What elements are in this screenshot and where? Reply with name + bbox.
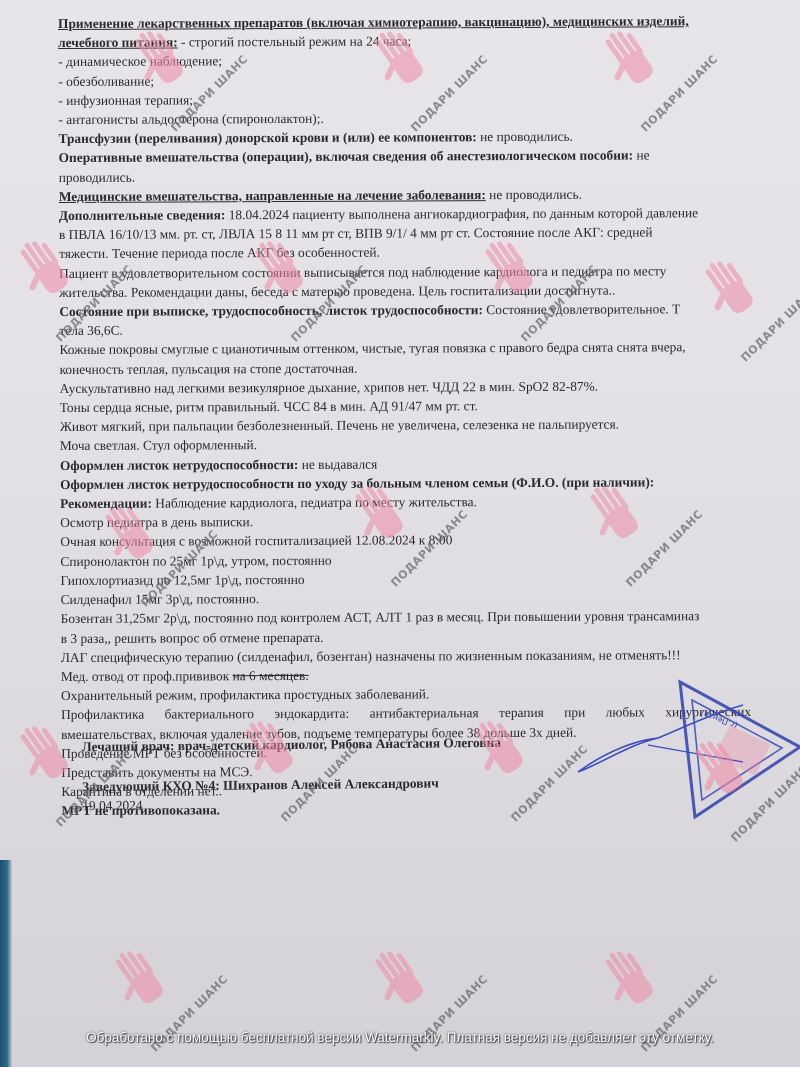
hand-watermark-icon	[600, 25, 660, 95]
field-value: ЛАГ специфическую терапию (силденафил, б…	[61, 647, 681, 665]
hand-watermark-icon	[250, 235, 310, 305]
document-line: Бозентан 31,25мг 2р\д, постоянно под кон…	[61, 606, 751, 628]
hand-watermark-icon	[600, 945, 660, 1015]
struck-text: на 6 месяцев.	[233, 668, 309, 683]
field-label: Дополнительные сведения:	[59, 207, 226, 223]
hand-watermark-icon	[240, 715, 300, 785]
field-value: не проводились.	[486, 187, 582, 202]
field-value: 18.04.2024 пациенту выполнена ангиокарди…	[225, 205, 698, 222]
field-value: Кожные покровы смуглые с цианотичным отт…	[59, 340, 685, 358]
document-photo: Применение лекарственных препаратов (вкл…	[0, 0, 800, 1067]
document-line: ЛАГ специфическую терапию (силденафил, б…	[61, 645, 751, 667]
field-label: Трансфузии (переливания) донорской крови…	[59, 129, 477, 146]
hand-watermark-icon	[585, 480, 645, 550]
hand-watermark-icon	[350, 480, 410, 550]
hand-watermark-icon	[100, 500, 160, 570]
field-value: Мед. отвод от проф.прививок	[61, 668, 233, 684]
field-label: Медицинские вмешательства, направленные …	[59, 187, 486, 204]
field-value: тяжести. Течение периода после АКГ без о…	[59, 245, 380, 261]
hand-watermark-icon	[470, 715, 530, 785]
line-word: антибактериальная	[370, 703, 479, 723]
watermark-notice: Обработано с помощью бесплатной версии W…	[0, 1030, 800, 1045]
document-line: Кожные покровы смуглые с цианотичным отт…	[59, 337, 749, 359]
hand-watermark-icon	[700, 255, 760, 325]
hand-watermark-icon	[370, 945, 430, 1015]
field-value: в 3 раза,, решить вопрос об отмене препа…	[61, 629, 324, 645]
field-value: не	[633, 148, 650, 163]
document-line: Пациент в удовлетворительном состоянии в…	[59, 261, 749, 283]
hand-watermark-icon	[15, 235, 75, 305]
field-value: в ПВЛА 16/10/13 мм. рт. ст, ЛВЛА 15 8 11…	[59, 225, 653, 243]
document-line: Оперативные вмешательства (операции), вк…	[59, 145, 749, 167]
attending-value: врач-детский кардиолог, Рябова Анастасия…	[174, 735, 501, 753]
document-line: Состояние при выписке, трудоспособность,…	[59, 299, 749, 321]
hand-watermark-icon	[110, 945, 170, 1015]
field-value: Моча светлая. Стул оформленный.	[60, 438, 257, 454]
hand-watermark-icon	[15, 720, 75, 790]
hand-watermark-icon	[480, 235, 540, 305]
field-value: проводились.	[59, 169, 135, 184]
field-value: Аускультативно над легкими везикулярное …	[60, 379, 599, 396]
field-value: конечность теплая, пульсация на стопе до…	[60, 360, 358, 376]
field-value: не проводились.	[477, 129, 573, 144]
field-value: Живот мягкий, при пальпации безболезненн…	[60, 417, 619, 434]
hand-watermark-icon	[690, 735, 750, 805]
field-label: Оформлен листок нетрудоспособности:	[60, 457, 298, 473]
hand-watermark-icon	[130, 25, 190, 95]
document-line: в ПВЛА 16/10/13 мм. рт. ст, ЛВЛА 15 8 11…	[59, 222, 749, 244]
field-label: Оперативные вмешательства (операции), вк…	[59, 148, 634, 166]
field-value: Бозентан 31,25мг 2р\д, постоянно под кон…	[61, 609, 700, 627]
field-value: Наблюдение кардиолога, педиатра по месту…	[152, 494, 477, 510]
field-value: Охранительный режим, профилактика просту…	[61, 686, 429, 703]
field-value: не выдавался	[298, 456, 377, 471]
hand-watermark-icon	[370, 25, 430, 95]
field-value: Тоны сердца ясные, ритм правильный. ЧСС …	[60, 398, 478, 415]
